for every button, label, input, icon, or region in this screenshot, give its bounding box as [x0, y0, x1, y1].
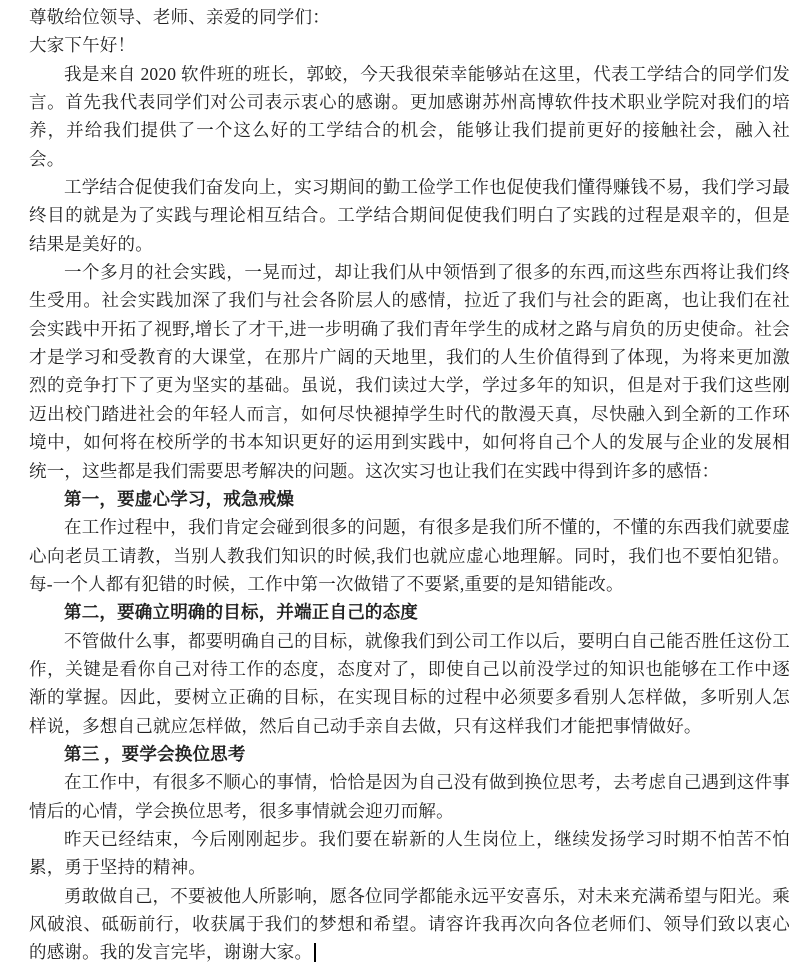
paragraph-new-start[interactable]: 昨天已经结束，今后刚刚起步。我们要在崭新的人生岗位上，继续发扬学习时期不怕苦不怕… [29, 825, 790, 882]
heading-second-point[interactable]: 第二，要确立明确的目标，并端正自己的态度 [29, 598, 790, 626]
paragraph-closing[interactable]: 勇敢做自己，不要被他人所影响，愿各位同学都能永远平安喜乐，对未来充满希望与阳光。… [29, 882, 790, 964]
paragraph-first-point[interactable]: 在工作过程中，我们肯定会碰到很多的问题，有很多是我们所不懂的，不懂的东西我们就要… [29, 513, 790, 598]
paragraph-self-introduction[interactable]: 我是来自 2020 软件班的班长，郭蛟，今天我很荣幸能够站在这里，代表工学结合的… [29, 60, 790, 173]
heading-third-point[interactable]: 第三 ，要学会换位思考 [29, 740, 790, 768]
greeting-line[interactable]: 大家下午好！ [29, 31, 790, 59]
closing-text: 勇敢做自己，不要被他人所影响，愿各位同学都能永远平安喜乐，对未来充满希望与阳光。… [29, 886, 790, 963]
heading-first-point[interactable]: 第一，要虚心学习，戒急戒燥 [29, 485, 790, 513]
text-caret [314, 943, 316, 962]
paragraph-social-practice[interactable]: 一个多月的社会实践，一晃而过，却让我们从中领悟到了很多的东西,而这些东西将让我们… [29, 258, 790, 485]
paragraph-work-study[interactable]: 工学结合促使我们奋发向上，实习期间的勤工俭学工作也促使我们懂得赚钱不易，我们学习… [29, 173, 790, 258]
salutation-line[interactable]: 尊敬给位领导、老师、亲爱的同学们： [29, 3, 790, 31]
paragraph-third-point[interactable]: 在工作中，有很多不顺心的事情，恰恰是因为自己没有做到换位思考，去考虑自己遇到这件… [29, 768, 790, 825]
document-page[interactable]: 尊敬给位领导、老师、亲爱的同学们： 大家下午好！ 我是来自 2020 软件班的班… [0, 0, 799, 964]
paragraph-second-point[interactable]: 不管做什么事，都要明确自己的目标，就像我们到公司工作以后，要明白自己能否胜任这份… [29, 627, 790, 740]
